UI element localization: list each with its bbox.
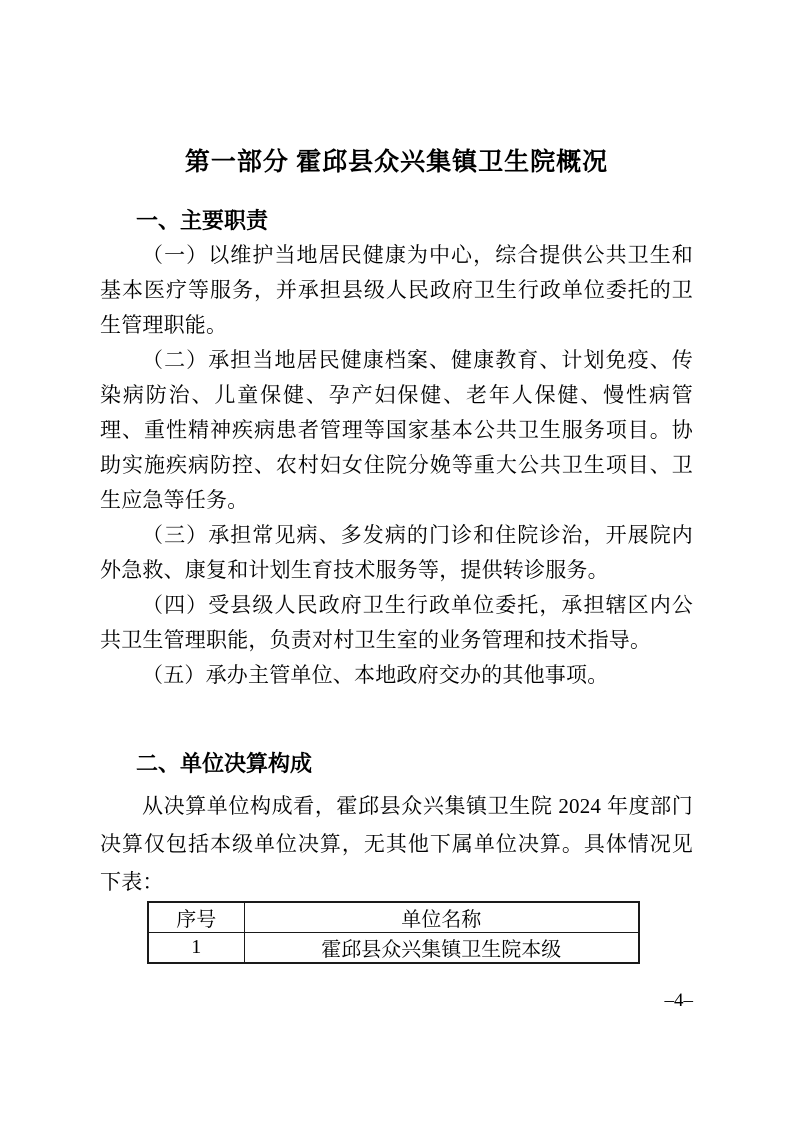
paragraph-duty-1: （一）以维护当地居民健康为中心，综合提供公共卫生和基本医疗等服务，并承担县级人民… <box>100 238 693 343</box>
page-number: –4– <box>665 990 694 1012</box>
table-header-unit-name: 单位名称 <box>244 902 639 933</box>
section-main-duties: （一）以维护当地居民健康为中心，综合提供公共卫生和基本医疗等服务，并承担县级人民… <box>100 238 693 693</box>
table-cell-unit-name: 霍邱县众兴集镇卫生院本级 <box>244 933 639 964</box>
document-page: 第一部分 霍邱县众兴集镇卫生院概况 一、主要职责 （一）以维护当地居民健康为中心… <box>0 0 793 1122</box>
table-row: 1 霍邱县众兴集镇卫生院本级 <box>148 933 639 964</box>
section-heading-main-duties: 一、主要职责 <box>100 206 693 236</box>
section-budget-composition: 从决算单位构成看，霍邱县众兴集镇卫生院 2024 年度部门决算仅包括本级单位决算… <box>100 787 693 901</box>
paragraph-duty-2: （二）承担当地居民健康档案、健康教育、计划免疫、传染病防治、儿童保健、孕产妇保健… <box>100 343 693 518</box>
paragraph-duty-5: （五）承办主管单位、本地政府交办的其他事项。 <box>100 658 693 693</box>
table-header-row: 序号 单位名称 <box>148 902 639 933</box>
table-header-serial: 序号 <box>148 902 244 933</box>
paragraph-duty-4: （四）受县级人民政府卫生行政单位委托，承担辖区内公共卫生管理职能，负责对村卫生室… <box>100 588 693 658</box>
document-title: 第一部分 霍邱县众兴集镇卫生院概况 <box>100 146 693 180</box>
page-content: 第一部分 霍邱县众兴集镇卫生院概况 一、主要职责 （一）以维护当地居民健康为中心… <box>100 0 693 964</box>
section-heading-budget-composition: 二、单位决算构成 <box>100 749 693 779</box>
unit-list-table: 序号 单位名称 1 霍邱县众兴集镇卫生院本级 <box>147 901 640 964</box>
paragraph-duty-3: （三）承担常见病、多发病的门诊和住院诊治，开展院内外急救、康复和计划生育技术服务… <box>100 518 693 588</box>
paragraph-budget-composition: 从决算单位构成看，霍邱县众兴集镇卫生院 2024 年度部门决算仅包括本级单位决算… <box>100 787 693 901</box>
table-cell-serial: 1 <box>148 933 244 964</box>
